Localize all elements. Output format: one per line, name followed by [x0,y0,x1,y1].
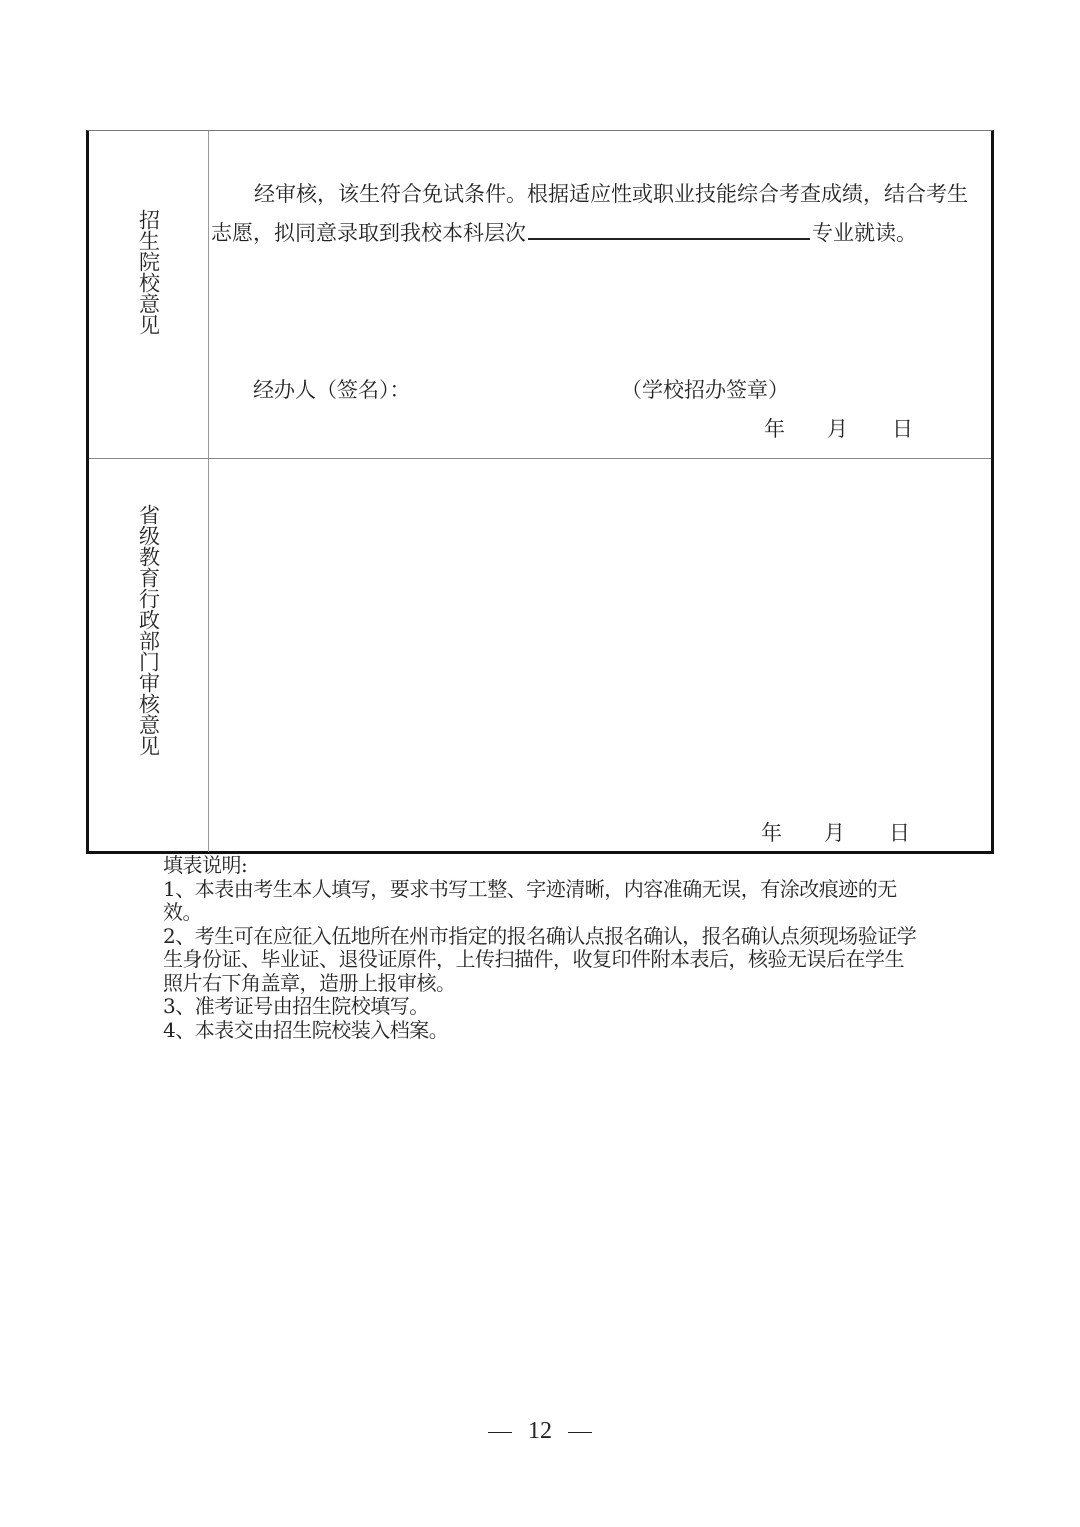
major-input-blank[interactable] [528,218,810,240]
school-opinion-date: 年月日 [764,413,913,443]
provincial-opinion-row: 省级教育行政部门审核意见 年月日 [89,459,991,852]
instruction-item: 3、准考证号由招生院校填写。 [163,995,923,1019]
handler-signature-label: 经办人（签名）： [253,374,411,404]
instruction-item: 1、本表由考生本人填写，要求书写工整、字迹清晰，内容准确无误，有涂改痕迹的无效。 [163,878,923,925]
date-month: 月 [827,413,848,443]
date-day: 日 [889,817,910,847]
opinion-text-line2: 志愿，拟同意录取到我校本科层次专业就读。 [211,217,917,247]
opinion-text-line1: 经审核，该生符合免试条件。根据适应性或职业技能综合考查成绩，结合考生 [254,178,968,208]
school-opinion-label: 招生院校意见 [138,209,160,335]
provincial-opinion-content[interactable] [209,459,991,852]
date-year: 年 [764,413,785,443]
instructions-title: 填表说明: [163,854,923,878]
form-instructions: 填表说明: 1、本表由考生本人填写，要求书写工整、字迹清晰，内容准确无误，有涂改… [163,854,923,1042]
document-page: 招生院校意见 经审核，该生符合免试条件。根据适应性或职业技能综合考查成绩，结合考… [0,0,1080,1527]
opinion-text-before-blank: 志愿，拟同意录取到我校本科层次 [211,221,526,245]
dash-left [488,1432,512,1433]
provincial-opinion-label: 省级教育行政部门审核意见 [138,504,160,756]
provincial-opinion-date: 年月日 [761,817,910,847]
dash-right [568,1432,592,1433]
date-year: 年 [761,817,782,847]
school-stamp-label: （学校招办签章） [621,374,789,404]
school-opinion-content: 经审核，该生符合免试条件。根据适应性或职业技能综合考查成绩，结合考生 志愿，拟同… [209,131,991,458]
page-number: 12 [0,1418,1080,1445]
school-opinion-label-cell: 招生院校意见 [89,131,209,458]
date-day: 日 [892,413,913,443]
school-opinion-row: 招生院校意见 经审核，该生符合免试条件。根据适应性或职业技能综合考查成绩，结合考… [89,131,991,459]
date-month: 月 [824,817,845,847]
instruction-item: 2、考生可在应征入伍地所在州市指定的报名确认点报名确认，报名确认点须现场验证学生… [163,925,923,996]
instruction-item: 4、本表交由招生院校装入档案。 [163,1019,923,1043]
opinion-text-after-blank: 专业就读。 [812,221,917,245]
page-number-value: 12 [528,1418,552,1444]
approval-form-table: 招生院校意见 经审核，该生符合免试条件。根据适应性或职业技能综合考查成绩，结合考… [86,130,994,854]
provincial-opinion-label-cell: 省级教育行政部门审核意见 [89,459,209,852]
